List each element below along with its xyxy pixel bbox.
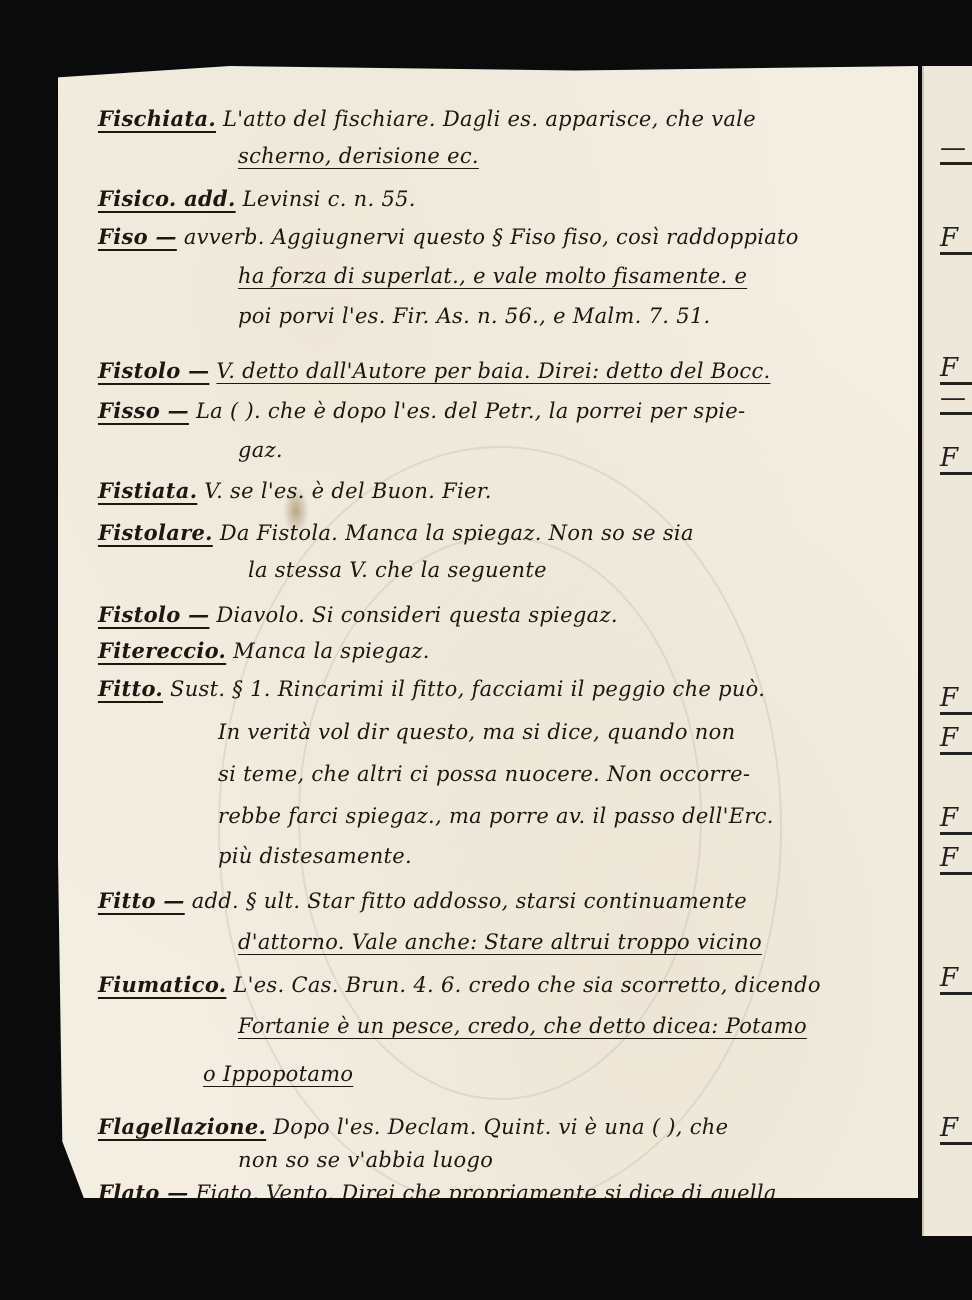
entry-text: più distesamente. [218, 844, 412, 868]
entry-text: rebbe farci spiegaz., ma porre av. il pa… [218, 804, 774, 828]
headword: Fistolo — [98, 602, 209, 627]
entry-line: Fischiata. L'atto del fischiare. Dagli e… [98, 106, 756, 131]
entry-line: In verità vol dir questo, ma si dice, qu… [218, 720, 735, 744]
headword-fragment: F [940, 356, 972, 385]
headword-fragment: F [940, 226, 972, 255]
entry-text: la stessa V. che la seguente [248, 558, 547, 582]
entry-text: gaz. [238, 438, 283, 462]
entry-text: La ( ). che è dopo l'es. del Petr., la p… [196, 399, 745, 423]
headword-fragment: F [940, 686, 972, 715]
entry-text: ha forza di superlat., e vale molto fisa… [238, 264, 747, 288]
entry-text: Levinsi c. n. 55. [243, 187, 416, 211]
entry-text: L'atto del fischiare. Dagli es. apparisc… [223, 107, 756, 131]
headword-fragment: F [940, 846, 972, 875]
entry-line: Fitereccio. Manca la spiegaz. [98, 638, 430, 663]
entry-line: Flato — Fiato, Vento. Direi che propriam… [98, 1180, 777, 1205]
entry-line: Fiumatico. L'es. Cas. Brun. 4. 6. credo … [98, 972, 821, 997]
headword-fragment: — [940, 136, 972, 165]
entry-text: Fortanie è un pesce, credo, che detto di… [238, 1014, 807, 1038]
entry-line: Fistiata. V. se l'es. è del Buon. Fier. [98, 478, 492, 503]
entry-text: scherno, derisione ec. [238, 144, 479, 168]
headword-fragment: F [940, 1116, 972, 1145]
entry-text: add. § ult. Star fitto addosso, starsi c… [192, 889, 747, 913]
entry-text: Sust. § 1. Rincarimi il fitto, facciami … [170, 677, 765, 701]
entry-text: avverb. Aggiugnervi questo § Fiso fiso, … [184, 225, 799, 249]
headword: Fitto. [98, 676, 163, 701]
entry-text: Manca la spiegaz. [233, 639, 430, 663]
headword: Fiso — [98, 224, 177, 249]
entry-text: Da Fistola. Manca la spiegaz. Non so se … [220, 521, 694, 545]
headword: Fistolare. [98, 520, 213, 545]
entry-line: Fistolare. Da Fistola. Manca la spiegaz.… [98, 520, 694, 545]
headword: Fisico. add. [98, 186, 236, 211]
entry-line: Fisso — La ( ). che è dopo l'es. del Pet… [98, 398, 745, 423]
entry-text: V. detto dall'Autore per baia. Direi: de… [216, 359, 770, 383]
entry-text: o Ippopotamo [203, 1062, 353, 1086]
entry-line: più distesamente. [218, 844, 412, 868]
headword: Fistiata. [98, 478, 197, 503]
entry-line: Flagellazione. Dopo l'es. Declam. Quint.… [98, 1114, 728, 1139]
entry-text: Diavolo. Si consideri questa spiegaz. [216, 603, 617, 627]
entry-line: la stessa V. che la seguente [248, 558, 547, 582]
entry-text: Dopo l'es. Declam. Quint. vi è una ( ), … [273, 1115, 728, 1139]
entry-text: Fiato, Vento. Direi che propriamente si … [196, 1181, 777, 1205]
entry-text: d'attorno. Vale anche: Stare altrui trop… [238, 930, 762, 954]
manuscript-page: Fischiata. L'atto del fischiare. Dagli e… [58, 66, 918, 1198]
headword-fragment: F [940, 726, 972, 755]
entry-line: Fitto. Sust. § 1. Rincarimi il fitto, fa… [98, 676, 765, 701]
headword-fragment: F [940, 446, 972, 475]
entry-text: non so se v'abbia luogo [238, 1148, 493, 1172]
entry-text: poi porvi l'es. Fir. As. n. 56., e Malm.… [238, 304, 711, 328]
entry-text: si teme, che altri ci possa nuocere. Non… [218, 762, 750, 786]
adjacent-page-edge: — F F — F F F F F F F [922, 66, 972, 1236]
headword-fragment: F [940, 806, 972, 835]
entry-line: Fistolo — Diavolo. Si consideri questa s… [98, 602, 618, 627]
entry-line: d'attorno. Vale anche: Stare altrui trop… [238, 930, 762, 954]
headword: Fitto — [98, 888, 185, 913]
headword: Flato — [98, 1180, 189, 1205]
entry-line: Fitto — add. § ult. Star fitto addosso, … [98, 888, 747, 913]
headword: Flagellazione. [98, 1114, 266, 1139]
entry-line: Fistolo — V. detto dall'Autore per baia.… [98, 358, 771, 383]
entry-line: Fortanie è un pesce, credo, che detto di… [238, 1014, 807, 1038]
entry-line: Fisico. add. Levinsi c. n. 55. [98, 186, 416, 211]
entry-text: V. se l'es. è del Buon. Fier. [204, 479, 491, 503]
headword: Fischiata. [98, 106, 216, 131]
headword: Fistolo — [98, 358, 209, 383]
entry-line: poi porvi l'es. Fir. As. n. 56., e Malm.… [238, 304, 711, 328]
entry-line: o Ippopotamo [203, 1062, 353, 1086]
headword-fragment: — [940, 386, 972, 415]
entry-line: scherno, derisione ec. [238, 144, 479, 168]
entry-line: rebbe farci spiegaz., ma porre av. il pa… [218, 804, 774, 828]
headword-fragment: F [940, 966, 972, 995]
headword: Fiumatico. [98, 972, 226, 997]
entry-text: L'es. Cas. Brun. 4. 6. credo che sia sco… [233, 973, 820, 997]
entry-line: Fiso — avverb. Aggiugnervi questo § Fiso… [98, 224, 799, 249]
entry-line: non so se v'abbia luogo [238, 1148, 493, 1172]
entry-line: si teme, che altri ci possa nuocere. Non… [218, 762, 750, 786]
entry-text: In verità vol dir questo, ma si dice, qu… [218, 720, 735, 744]
headword: Fitereccio. [98, 638, 226, 663]
entry-line: gaz. [238, 438, 283, 462]
entry-line: ha forza di superlat., e vale molto fisa… [238, 264, 747, 288]
headword: Fisso — [98, 398, 189, 423]
